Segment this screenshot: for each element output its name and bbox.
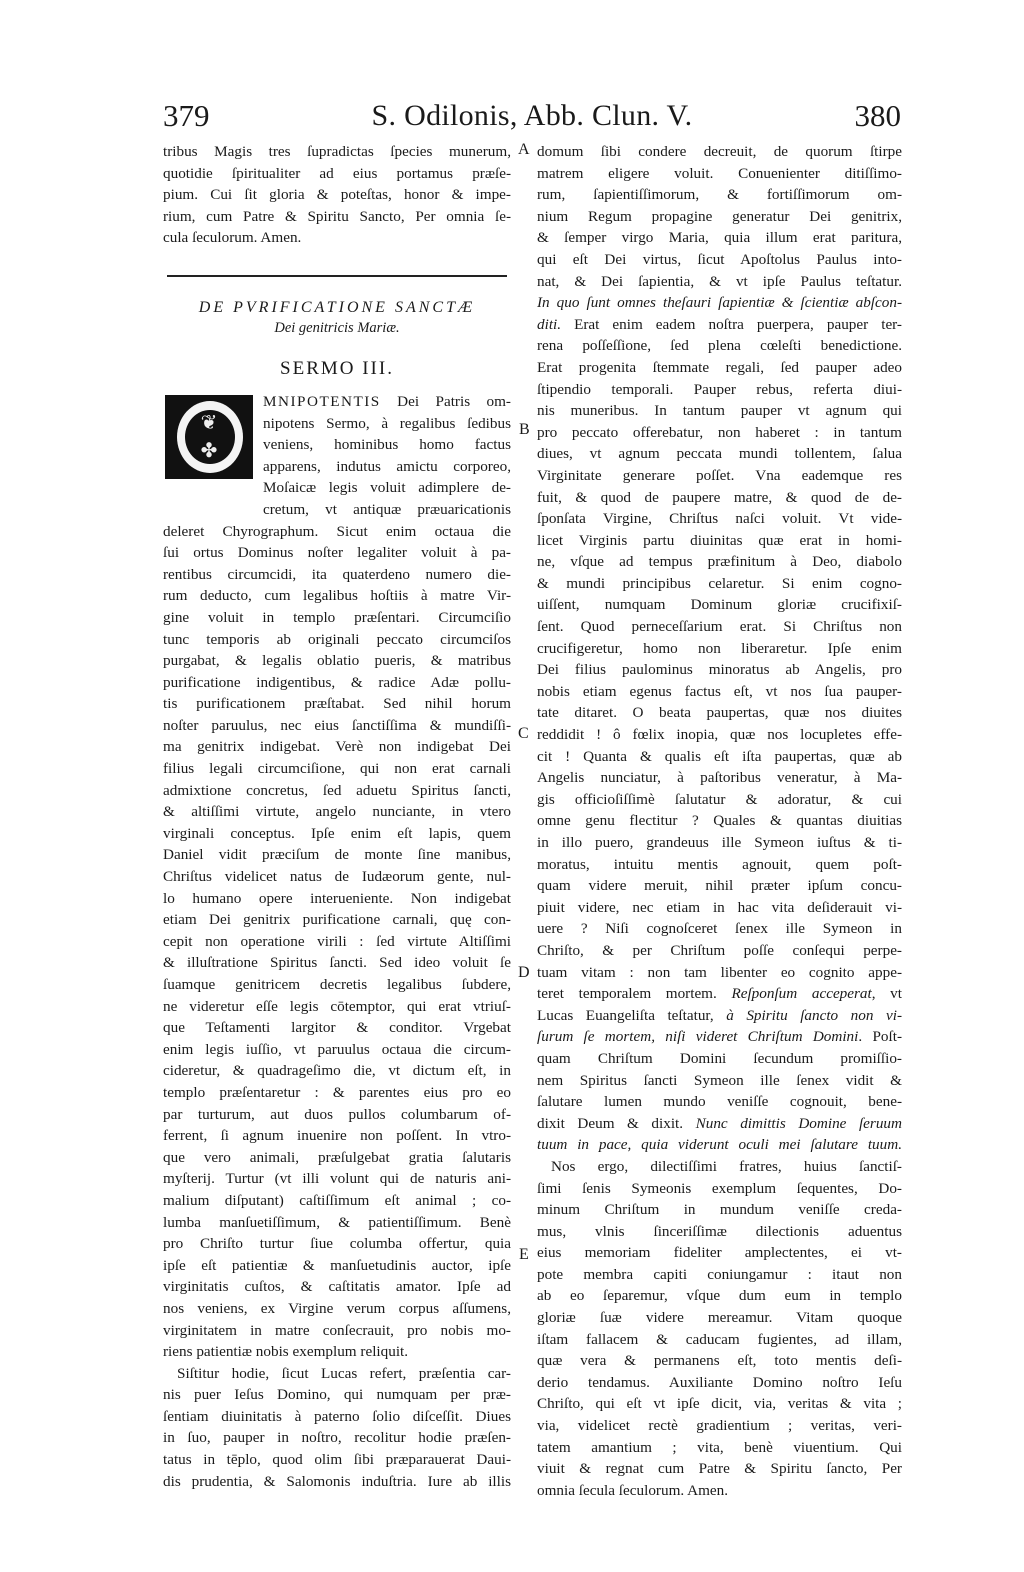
margin-marker-e: E [519,1246,529,1264]
text-line: eius memoriam fideliter amplectentes, ei… [537,1242,902,1264]
text-line: mus, vlnis ſinceriſſimæ dilectionis adue… [537,1221,902,1243]
text-line: Siſtitur hodie, ſicut Lucas refert, præſ… [163,1363,511,1385]
text-line: via, videlicet rectè gradientium ; verit… [537,1415,902,1437]
text-line: cepit non operatione virili : ſed virtut… [163,931,511,953]
text-line: nobis etiam egenus factus eſt, vt nos ſu… [537,681,902,703]
text-line: minum Chriſtum in mundum veniſſe creda- [537,1199,902,1221]
text-line: que vero animali, præſulgebat gratia ſal… [163,1147,511,1169]
text-line: deleret Chyrographum. Sicut enim octaua … [163,521,511,543]
right-column: domum ſibi condere decreuit, de quorum ſ… [537,141,902,1501]
text-line: rum, ſapientiſſimorum, & fortiſſimorum o… [537,184,902,206]
text-line: reddidit ! ô fœlix inopia, quæ nos locup… [537,724,902,746]
text-line: ſtipendio temporali. Pauper rebus, refer… [537,379,902,401]
text-line: iſtam fallacem & caducam fugientes, ad i… [537,1329,902,1351]
paragraph-lines: domum ſibi condere decreuit, de quorum ſ… [537,141,902,292]
text-line: ſentiam diuinitatis à paterno ſolio diſc… [163,1406,511,1428]
text-line: enim legis iuſſio, vt paruulus octaua di… [163,1039,511,1061]
text-line: & mundi principibus celaretur. Si enim c… [537,573,902,595]
sermon-heading: SERMO III. [163,357,511,381]
page-header: 379 S. Odilonis, Abb. Clun. V. 380 [163,96,901,136]
text-line: dixit Deum & dixit. Nunc dimittis Domine… [537,1113,902,1135]
text-line: tatem amantium ; vita, benè viuentium. Q… [537,1437,902,1459]
running-title: S. Odilonis, Abb. Clun. V. [163,96,901,136]
text-line: cit ! Quanta & qualis eſt iſta paupertas… [537,746,902,768]
text-line: Daniel vidit præciſum de monte ſine mani… [163,844,511,866]
text-line: crucifigeretur, homo non liberaretur. Ip… [537,638,902,660]
text-line: qui eſt Dei virtus, ſicut Apoſtolus Paul… [537,249,902,271]
text-line: tuam vitam : non tam libenter eo cognito… [537,962,902,984]
text-line: malium diſputant) caſtiſſimum eſt animal… [163,1190,511,1212]
drop-cap-ornament-icon: ❦✤ [165,395,253,479]
closing-paragraph: Nos ergo, dilectiſſimi fratres, huius ſa… [537,1156,902,1502]
text-line: & altiſſimi virtute, angelo nunciante, i… [163,801,511,823]
text-line: etiam Dei genitrix purificatione carnali… [163,909,511,931]
text-line: diues, vt agnum peccata mundi tollentem,… [537,443,902,465]
text-line: quæ vera & permanens eſt, toto mentis de… [537,1350,902,1372]
text-line: ſalutare lumen mundo veniſſe cognouit, b… [537,1091,902,1113]
text-line: ne, vſque ad tempus præfinitum à Deo, di… [537,551,902,573]
text-line: purgabat, & legalis oblatio pueris, & ma… [163,650,511,672]
text-line: pium. Cui ſit gloria & poteſtas, honor &… [163,184,511,206]
text-line: cideretur, & quadrageſimo die, vt dictum… [163,1060,511,1082]
text-line: ſponſata Virgine, Chriſtus naſci voluit.… [537,508,902,530]
text-line: fuit, & quod de paupere matre, & quod de… [537,487,902,509]
text-line: nem Spiritus ſancti Symeon ille ſenex vi… [537,1070,902,1092]
text-line: riens patientiæ nobis exemplum reliquit. [163,1341,511,1363]
text-line: diti. Erat enim eadem noſtra puerpera, p… [537,314,902,336]
text-line: ipſe eſt patientiæ & manſuetudinis aucto… [163,1255,511,1277]
text-line: quam videre meruit, nihil præter ipſum c… [537,875,902,897]
text-line: Chriſtus videlicet natus de Iudæorum gen… [163,866,511,888]
text-line: virginali conceptus. Ipſe enim eſt lapis… [163,823,511,845]
text-line: dis prudentia, & Salomonis induſtria. Iu… [163,1471,511,1493]
text-line: nis puer Ieſus Domino, qui numquam per p… [163,1384,511,1406]
text-line: & illuſtratione Spiritus ſancti. Sed ide… [163,952,511,974]
text-line: omnia ſecula ſeculorum. Amen. [537,1480,902,1502]
text-line: uere ? Niſi cognoſceret ſenex ille Symeo… [537,918,902,940]
text-line: rium, cum Patre & Spiritu Sancto, Per om… [163,206,511,228]
text-line: rena poſſeſſione, ſed plena cœleſti bene… [537,335,902,357]
italic-quote: tuum in pace, quia viderunt oculi mei ſa… [537,1134,902,1156]
text-line: ma genitrix indigebat. Verè non indigeba… [163,736,511,758]
italic-quote: In quo ſunt omnes theſauri ſapientiæ & ſ… [537,292,902,314]
section-title: DE PVRIFICATIONE SANCTÆ [163,297,511,319]
paragraph-lines: quam Chriſtum Domini ſecundum promiſſio-… [537,1048,902,1113]
text-line: tis purificationem præſtabat. Sed nihil … [163,693,511,715]
text-line: templo præſentaretur : & parentes eius p… [163,1082,511,1104]
text-line: myſterij. Turtur (vt illi volunt qui de … [163,1168,511,1190]
text-line: piuit videre, nec etiam in hac vita deſi… [537,897,902,919]
text-line: tatus in tēplo, quod olim ſibi præparaue… [163,1449,511,1471]
text-line: rum deducto, cum legalibus hoſtiis à mat… [163,585,511,607]
body-lines: deleret Chyrographum. Sicut enim octaua … [163,521,511,1363]
text-line: in ſuo, pauper in noſtro, recolitur hodi… [163,1427,511,1449]
text-line: Dei filius paulominus minoratus ab Angel… [537,659,902,681]
text-line: Lucas Euangeliſta teſtatur, à Spiritu ſa… [537,1005,902,1027]
text-line: que Teſtamenti largitor & conditor. Vrge… [163,1017,511,1039]
text-line: quam Chriſtum Domini ſecundum promiſſio- [537,1048,902,1070]
text-line: & ſemper virgo Maria, quia illum erat pa… [537,227,902,249]
text-line: Chriſto, & per Chriſtum poſſe conſequi p… [537,940,902,962]
text-line: ſurum ſe mortem, niſi videret Chriſtum D… [537,1026,902,1048]
text-line: tate ditaret. O beata paupertas, quæ nos… [537,702,902,724]
text-line: cretum, vt antiquæ præuaricationis [163,499,511,521]
text-line: quotidie ſpiritualiter ad eius portamus … [163,163,511,185]
text-line: Angelis nunciatur, à paſtoribus veneratu… [537,767,902,789]
text-line: lo humano opere interueniente. Non indig… [163,888,511,910]
opening-paragraph: ❦✤ MNIPOTENTIS Dei Patris om- nipotens S… [163,391,511,1363]
text-line: ab eo ſeparemur, vſque dum eum in templo [537,1285,902,1307]
page-number-right: 380 [855,96,902,136]
text-line: pote membra capiti coniungamur : itaut n… [537,1264,902,1286]
second-paragraph: Siſtitur hodie, ſicut Lucas refert, præſ… [163,1363,511,1493]
text-line: admixtione concretus, ſed aduetu Spiritu… [163,780,511,802]
text-line: uiſſent, numquam Dominum gloriæ crucifix… [537,594,902,616]
text-line: domum ſibi condere decreuit, de quorum ſ… [537,141,902,163]
text-line: gis officioſiſſimè ſalutatur & adoratur,… [537,789,902,811]
text-line: nis muneribus. In tantum pauper vt agnum… [537,400,902,422]
text-line: gloriæ ſuæ videre mereamur. Vitam quoque [537,1307,902,1329]
text-line: lumba manſuetiſſimum, & patientiſſimum. … [163,1212,511,1234]
text-line: pro Chriſto turtur ſiue columba offertur… [163,1233,511,1255]
text-line: virginitatem in matre conſecrauit, pro n… [163,1320,511,1342]
text-line: pro peccato offerebatur, non haberet : i… [537,422,902,444]
text-line: matrem eligere voluit. Conuenienter diti… [537,163,902,185]
paragraph-lines: rena poſſeſſione, ſed plena cœleſti bene… [537,335,902,983]
text-line: viuit & regnat cum Patre & Spiritu ſanct… [537,1458,902,1480]
text-line: Nos ergo, dilectiſſimi fratres, huius ſa… [537,1156,902,1178]
text-line: ſuamque genitricem decretis legalibus ſu… [163,974,511,996]
text-line: omne genu flectitur ? Quales & quantas d… [537,810,902,832]
intro-paragraph: tribus Magis tres ſupradictas ſpecies mu… [163,141,511,249]
text-line: Erat progenita ſtemmate regali, ſed paup… [537,357,902,379]
text-line: ſent. Quod perneceſſarium erat. Si Chriſ… [537,616,902,638]
text-line: rentibus circumcidi, ita quaterdeno nume… [163,564,511,586]
text-line: in illo puero, grandeuus ille Symeon iuſ… [537,832,902,854]
text-line: derio tendamus. Auxiliante Domino noſtro… [537,1372,902,1394]
floral-ornament-icon: ❦✤ [167,409,251,465]
text-line: Virginitate generare poſſet. Vna eademqu… [537,465,902,487]
text-line: ſimi ſenis Symeonis exemplum ſequentes, … [537,1178,902,1200]
text-line: cula ſeculorum. Amen. [163,227,511,249]
text-line: nium Regum propagine generatur Dei genit… [537,206,902,228]
text-line: tribus Magis tres ſupradictas ſpecies mu… [163,141,511,163]
margin-marker-c: C [518,725,529,743]
text-line: Chriſto, qui eſt vt ipſe dicit, via, ver… [537,1393,902,1415]
text-line: virginitatis cuſtos, & caſtitatis amator… [163,1276,511,1298]
text-line: nat, & Dei ſapientia, & vt ipſe Paulus t… [537,271,902,293]
text-line: gine voluit in templo præſentari. Circum… [163,607,511,629]
text-line: teret temporalem mortem. Reſponſum accep… [537,983,902,1005]
text-line: ferrent, ſi agnum inuenire non poſſent. … [163,1125,511,1147]
text-line: licet Virginis partu diuinitas quæ erat … [537,530,902,552]
text-line: noſter paruulus, nec eius ſanctiſſima & … [163,715,511,737]
left-column: tribus Magis tres ſupradictas ſpecies mu… [163,141,511,1492]
margin-marker-b: B [519,421,530,439]
text-line: moratus, intuitu mentis agnouit, quem po… [537,854,902,876]
section-divider [167,275,507,277]
margin-marker-d: D [518,964,530,982]
text-line: ne videretur eſſe legis cōtemptor, qui e… [163,996,511,1018]
text-line: tunc temporis ab originali peccato circu… [163,629,511,651]
margin-marker-a: A [518,141,530,159]
text-line: purificatione indigentibus, & radice Adæ… [163,672,511,694]
text-line: nos veniens, ex Virgine verum corpus aſſ… [163,1298,511,1320]
text-line: filius legali circumciſione, qui non era… [163,758,511,780]
text-line: ſui ortus Dominus noſter legaliter volui… [163,542,511,564]
text-line: par turturum, aut duos pullos columbarum… [163,1104,511,1126]
opening-smallcaps: MNIPOTENTIS [263,393,381,410]
text-line: Moſaicæ legis voluit adimplere de- [163,477,511,499]
section-subtitle: Dei genitricis Mariæ. [163,319,511,337]
